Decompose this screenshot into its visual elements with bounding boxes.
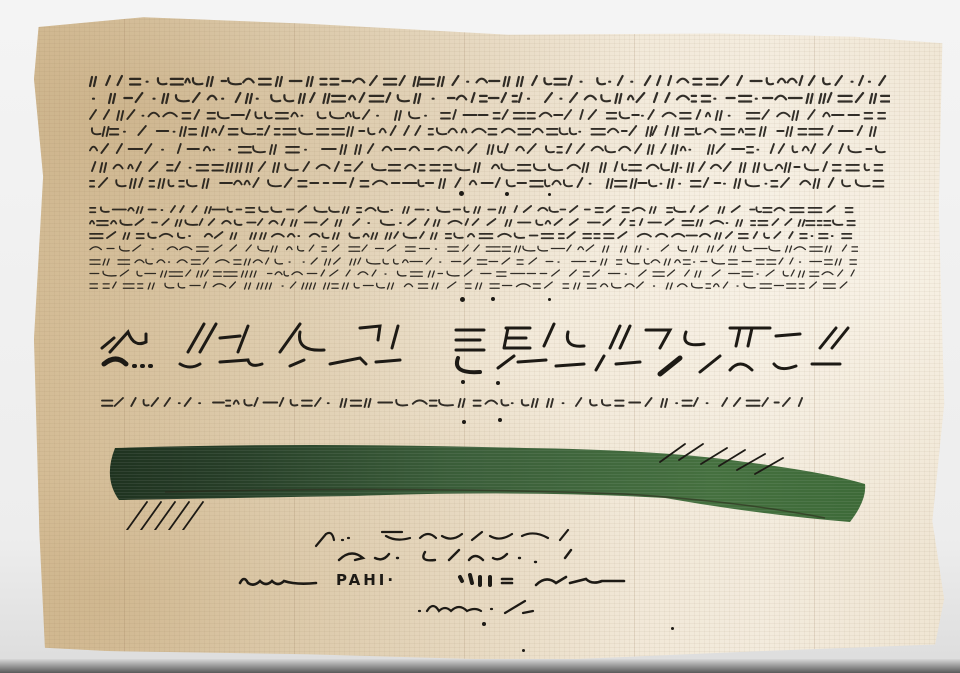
separator-dot <box>461 380 465 384</box>
script-line <box>90 91 890 105</box>
separator-dot <box>505 192 509 196</box>
signature-latin-text: PAHI· <box>336 571 396 589</box>
signature-line-1 <box>312 526 592 548</box>
separator-dot <box>491 297 495 301</box>
script-line <box>88 280 858 291</box>
script-line <box>88 108 888 122</box>
large-script-line-2 <box>100 350 860 378</box>
script-line <box>88 243 858 254</box>
script-line <box>88 230 858 241</box>
separator-dot <box>498 418 502 422</box>
large-script-line-1 <box>100 318 860 354</box>
separator-dot <box>548 193 551 196</box>
green-paint-stroke <box>105 438 870 530</box>
signature-line-2 <box>335 546 595 566</box>
script-line <box>88 176 888 190</box>
signature-line-4 <box>415 597 555 617</box>
script-line <box>90 124 890 138</box>
ink-dot <box>482 622 486 626</box>
ink-dot <box>671 627 674 630</box>
script-line <box>88 74 888 88</box>
ink-dot <box>522 649 525 652</box>
script-line <box>88 217 858 228</box>
photo-bottom-edge <box>0 659 960 673</box>
separator-dot <box>496 381 500 385</box>
separator-dot <box>460 297 465 302</box>
separator-dot <box>462 420 466 424</box>
separator-dot <box>548 298 551 301</box>
script-line <box>88 268 858 279</box>
separator-dot <box>459 191 464 196</box>
script-line <box>88 204 858 215</box>
script-line <box>100 396 805 409</box>
signature-line-3: PAHI· <box>236 571 756 595</box>
script-line <box>88 142 888 156</box>
script-line <box>90 160 890 174</box>
script-line <box>88 256 858 267</box>
